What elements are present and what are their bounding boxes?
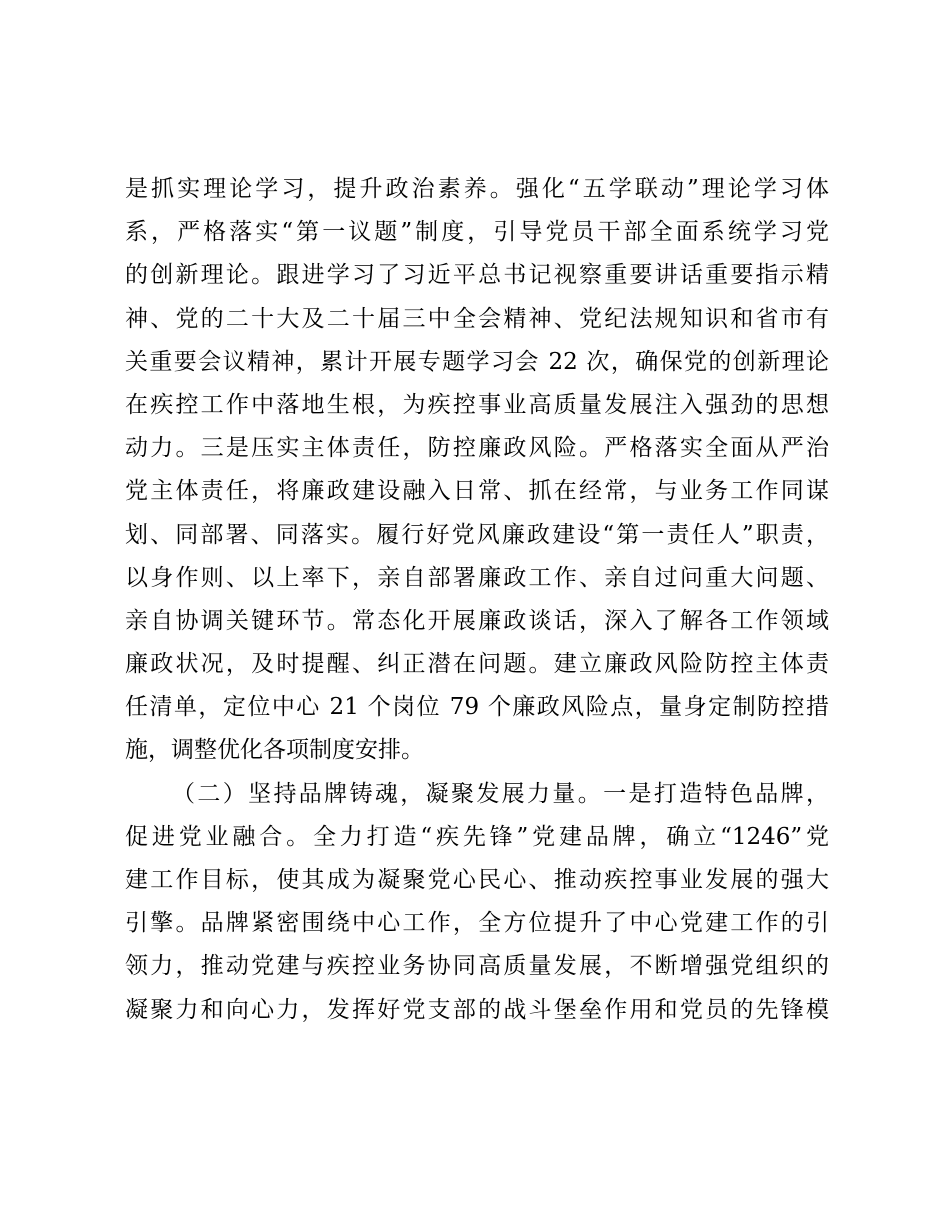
text-line: 神、党的二十大及二十届三中全会精神、党纪法规知识和省市有 — [125, 298, 829, 341]
text-line: 以身作则、以上率下，亲自部署廉政工作、亲自过问重大问题、 — [125, 557, 829, 600]
text-line: 亲自协调关键环节。常态化开展廉政谈话，深入了解各工作领域 — [125, 600, 829, 643]
text-line: 关重要会议精神，累计开展专题学习会 22 次，确保党的创新理论 — [125, 341, 829, 384]
text-line: 的创新理论。跟进学习了习近平总书记视察重要讲话重要指示精 — [125, 254, 829, 297]
text-line: 促进党业融合。全力打造“疾先锋”党建品牌，确立“1246”党 — [125, 816, 829, 859]
text-line: 在疾控工作中落地生根，为疾控事业高质量发展注入强劲的思想 — [125, 384, 829, 427]
document-page: 是抓实理论学习，提升政治素养。强化“五学联动”理论学习体 系，严格落实“第一议题… — [0, 0, 950, 1230]
text-line: 动力。三是压实主体责任，防控廉政风险。严格落实全面从严治 — [125, 427, 829, 470]
text-line: 廉政状况，及时提醒、纠正潜在问题。建立廉政风险防控主体责 — [125, 643, 829, 686]
text-line: 划、同部署、同落实。履行好党风廉政建设“第一责任人”职责， — [125, 514, 829, 557]
section-heading-line: （二）坚持品牌铸魂，凝聚发展力量。一是打造特色品牌， — [125, 773, 829, 816]
text-line-paragraph-end: 施，调整优化各项制度安排。 — [125, 729, 829, 772]
text-line: 系，严格落实“第一议题”制度，引导党员干部全面系统学习党 — [125, 211, 829, 254]
paragraph-theory-study-and-integrity: 是抓实理论学习，提升政治素养。强化“五学联动”理论学习体 系，严格落实“第一议题… — [125, 168, 829, 773]
document-body: 是抓实理论学习，提升政治素养。强化“五学联动”理论学习体 系，严格落实“第一议题… — [125, 168, 829, 1032]
text-line: 凝聚力和向心力，发挥好党支部的战斗堡垒作用和党员的先锋模 — [125, 989, 829, 1032]
text-line: 领力，推动党建与疾控业务协同高质量发展，不断增强党组织的 — [125, 945, 829, 988]
text-line: 是抓实理论学习，提升政治素养。强化“五学联动”理论学习体 — [125, 168, 829, 211]
text-line: 党主体责任，将廉政建设融入日常、抓在经常，与业务工作同谋 — [125, 470, 829, 513]
text-line: 引擎。品牌紧密围绕中心工作，全方位提升了中心党建工作的引 — [125, 902, 829, 945]
paragraph-brand-building: （二）坚持品牌铸魂，凝聚发展力量。一是打造特色品牌， 促进党业融合。全力打造“疾… — [125, 773, 829, 1032]
text-line: 建工作目标，使其成为凝聚党心民心、推动疾控事业发展的强大 — [125, 859, 829, 902]
text-line: 任清单，定位中心 21 个岗位 79 个廉政风险点，量身定制防控措 — [125, 686, 829, 729]
